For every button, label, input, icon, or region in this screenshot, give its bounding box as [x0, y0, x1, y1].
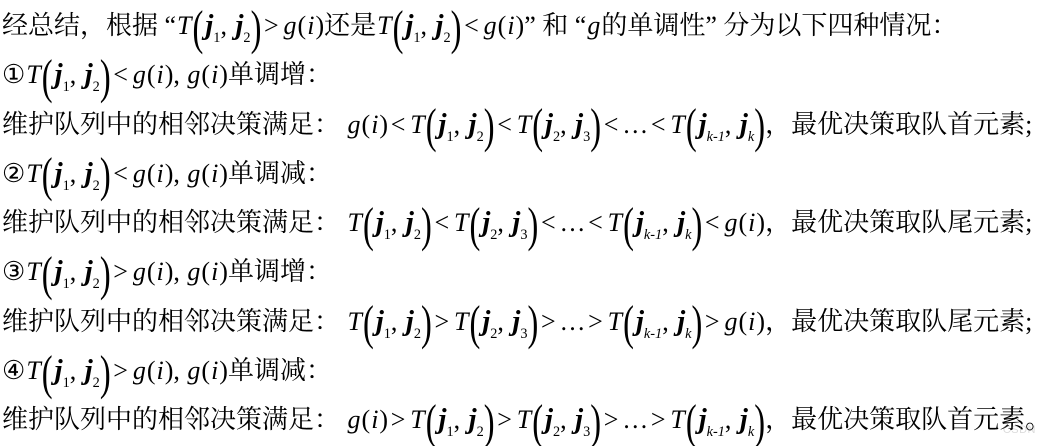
math-italic: T	[607, 208, 623, 237]
math-bold-j: j	[83, 256, 93, 287]
text-run: ,	[70, 159, 83, 188]
math-italic: i	[210, 60, 219, 89]
paren: )	[692, 202, 703, 251]
subscript: 2	[414, 326, 421, 342]
math-italic: T	[669, 405, 685, 434]
operator: <	[495, 110, 516, 139]
math-bold-j: j	[83, 355, 93, 386]
text-run: (	[201, 257, 210, 286]
case-1-heading: ①T(j1, j2)<g(i), g(i)单调增：	[2, 50, 1040, 99]
math-bold-j: j	[203, 10, 213, 41]
subscript: 1	[384, 326, 391, 342]
text-run: ，最优决策取队首元素;	[765, 110, 1032, 139]
math-italic: T	[25, 60, 41, 89]
text-run: ，最优决策取队尾元素;	[765, 307, 1032, 336]
math-italic: i	[747, 307, 756, 336]
operator: <	[538, 208, 559, 237]
math-bold-j: j	[510, 207, 520, 238]
math-bold-j: j	[374, 306, 384, 337]
text-run: 维护队列中的相邻决策满足：	[2, 110, 347, 139]
math-italic: T	[516, 405, 532, 434]
case-2-heading: ②T(j1, j2)<g(i), g(i)单调减：	[2, 149, 1040, 198]
paren: (	[623, 300, 634, 349]
paren: )	[421, 202, 432, 251]
math-italic: g	[586, 11, 601, 40]
math-bold-j: j	[697, 109, 707, 140]
subscript: 1	[447, 424, 454, 440]
paren: (	[363, 300, 374, 349]
math-bold-j: j	[543, 404, 553, 435]
subscript: 2	[93, 375, 100, 391]
text-run: )	[219, 60, 228, 89]
text-run: ,	[662, 208, 675, 237]
math-bold-j: j	[404, 207, 414, 238]
text-run: )	[379, 110, 388, 139]
subscript: 2	[93, 178, 100, 194]
text-run: ，最优决策取队首元素。	[765, 405, 1040, 434]
math-bold-j: j	[404, 306, 414, 337]
text-run: )	[219, 356, 228, 385]
math-italic: T	[376, 11, 392, 40]
math-italic: T	[453, 307, 469, 336]
case-1-queue-condition: 维护队列中的相邻决策满足： g(i)<T(j1, j2)<T(j2, j3)<……	[2, 100, 1040, 149]
text-run: )	[756, 307, 765, 336]
subscript: 3	[520, 227, 527, 243]
paren: )	[528, 300, 539, 349]
text-run: )	[756, 208, 765, 237]
operator: <	[111, 60, 132, 89]
text-run: 还是	[324, 11, 376, 40]
math-italic: g	[347, 405, 362, 434]
text-run: 单调减：	[228, 159, 332, 188]
paren: (	[469, 300, 480, 349]
paren: (	[193, 4, 204, 53]
math-bold-j: j	[83, 59, 93, 90]
math-italic: g	[347, 110, 362, 139]
text-run: (	[201, 356, 210, 385]
document-page: 经总结，根据 “T(j1, j2)>g(i)还是T(j1, j2)<g(i)” …	[0, 0, 1040, 446]
text-run: (	[201, 159, 210, 188]
text-run: 经总结，根据 “	[2, 11, 176, 40]
text-run: ,	[173, 356, 186, 385]
operator: >	[432, 307, 453, 336]
math-italic: g	[132, 159, 147, 188]
operator: <	[111, 159, 132, 188]
paren: )	[421, 300, 432, 349]
math-bold-j: j	[467, 109, 477, 140]
text-run: ,	[220, 11, 233, 40]
subscript: k-1	[707, 128, 725, 144]
subscript: k-1	[644, 326, 662, 342]
text-run: (	[738, 307, 747, 336]
subscript: 2	[93, 276, 100, 292]
math-bold-j: j	[543, 109, 553, 140]
subscript: 1	[63, 79, 70, 95]
subscript: 2	[477, 424, 484, 440]
case-3-queue-condition: 维护队列中的相邻决策满足： T(j1, j2)>T(j2, j3)>…>T(jk…	[2, 297, 1040, 346]
paren: (	[42, 251, 53, 300]
text-run: …	[622, 405, 648, 434]
math-bold-j: j	[573, 109, 583, 140]
paren: )	[451, 4, 462, 53]
subscript: 1	[63, 276, 70, 292]
math-bold-j: j	[573, 404, 583, 435]
paren: )	[100, 54, 111, 103]
math-bold-j: j	[233, 10, 243, 41]
text-run: ,	[725, 110, 738, 139]
subscript: k-1	[707, 424, 725, 440]
watermark: CSDN	[1003, 424, 1036, 436]
text-run: (	[298, 11, 307, 40]
math-bold-j: j	[53, 355, 63, 386]
text-run: ，最优决策取队尾元素;	[765, 208, 1032, 237]
math-italic: i	[155, 60, 164, 89]
math-italic: i	[506, 11, 515, 40]
subscript: 2	[243, 30, 250, 46]
operator: <	[586, 208, 607, 237]
math-italic: T	[25, 257, 41, 286]
text-run: (	[362, 405, 371, 434]
math-bold-j: j	[83, 158, 93, 189]
math-bold-j: j	[437, 109, 447, 140]
paren: )	[100, 152, 111, 201]
operator: >	[702, 307, 723, 336]
paren: (	[532, 399, 543, 446]
math-italic: T	[347, 307, 363, 336]
math-italic: g	[132, 60, 147, 89]
math-bold-j: j	[634, 207, 644, 238]
operator: <	[432, 208, 453, 237]
operator: >	[261, 11, 282, 40]
case-3-heading: ③T(j1, j2)>g(i), g(i)单调增：	[2, 247, 1040, 296]
math-italic: i	[155, 159, 164, 188]
intro-line: 经总结，根据 “T(j1, j2)>g(i)还是T(j1, j2)<g(i)” …	[2, 1, 1040, 50]
case-2-queue-condition: 维护队列中的相邻决策满足： T(j1, j2)<T(j2, j3)<…<T(jk…	[2, 198, 1040, 247]
math-bold-j: j	[53, 59, 63, 90]
math-bold-j: j	[634, 306, 644, 337]
math-bold-j: j	[738, 404, 748, 435]
text-run: ③	[2, 257, 25, 286]
operator: <	[702, 208, 723, 237]
subscript: 2	[444, 30, 451, 46]
math-italic: i	[155, 257, 164, 286]
paren: (	[426, 103, 437, 152]
paren: (	[686, 399, 697, 446]
subscript: 1	[413, 30, 420, 46]
text-run: )	[219, 159, 228, 188]
text-run: ④	[2, 356, 25, 385]
paren: )	[528, 202, 539, 251]
paren: (	[42, 54, 53, 103]
text-run: ,	[560, 405, 573, 434]
text-run: ,	[454, 405, 467, 434]
math-italic: g	[723, 208, 738, 237]
text-run: ,	[391, 307, 404, 336]
text-run: ,	[497, 307, 510, 336]
text-run: 的单调性” 分为以下四种情况：	[601, 11, 957, 40]
paren: (	[42, 152, 53, 201]
paren: )	[590, 103, 601, 152]
paren: )	[251, 4, 262, 53]
math-italic: i	[747, 208, 756, 237]
math-italic: i	[210, 159, 219, 188]
text-run: 维护队列中的相邻决策满足：	[2, 208, 347, 237]
paren: )	[100, 350, 111, 399]
math-bold-j: j	[434, 10, 444, 41]
text-run: ,	[173, 159, 186, 188]
paren: (	[623, 202, 634, 251]
text-run: ,	[70, 356, 83, 385]
text-run: ,	[421, 11, 434, 40]
math-italic: g	[186, 356, 201, 385]
math-bold-j: j	[437, 404, 447, 435]
math-bold-j: j	[53, 256, 63, 287]
text-run: (	[498, 11, 507, 40]
case-4-heading: ④T(j1, j2)>g(i), g(i)单调减：	[2, 346, 1040, 395]
case-4-queue-condition: 维护队列中的相邻决策满足： g(i)>T(j1, j2)>T(j2, j3)>……	[2, 395, 1040, 444]
math-italic: T	[669, 110, 685, 139]
math-bold-j: j	[675, 306, 685, 337]
math-italic: g	[723, 307, 738, 336]
text-run: 单调增：	[228, 60, 332, 89]
subscript: 2	[93, 79, 100, 95]
operator: >	[388, 405, 409, 434]
paren: )	[590, 399, 601, 446]
math-bold-j: j	[738, 109, 748, 140]
math-italic: T	[453, 208, 469, 237]
text-run: )	[315, 11, 324, 40]
math-bold-j: j	[53, 158, 63, 189]
text-run: 维护队列中的相邻决策满足：	[2, 307, 347, 336]
math-italic: T	[516, 110, 532, 139]
text-run: (	[201, 60, 210, 89]
math-italic: g	[283, 11, 298, 40]
subscript: k-1	[644, 227, 662, 243]
paren: (	[532, 103, 543, 152]
text-run: ,	[173, 60, 186, 89]
subscript: 2	[477, 128, 484, 144]
math-italic: g	[186, 257, 201, 286]
operator: >	[601, 405, 622, 434]
text-run: )	[379, 405, 388, 434]
paren: (	[686, 103, 697, 152]
text-run: ,	[70, 257, 83, 286]
subscript: 3	[583, 128, 590, 144]
paren: )	[484, 103, 495, 152]
text-run: ,	[70, 60, 83, 89]
math-bold-j: j	[697, 404, 707, 435]
paren: (	[426, 399, 437, 446]
text-run: ,	[454, 110, 467, 139]
text-run: ,	[560, 110, 573, 139]
math-italic: T	[25, 356, 41, 385]
text-run: ,	[391, 208, 404, 237]
text-run: ②	[2, 159, 25, 188]
math-italic: T	[409, 405, 425, 434]
math-bold-j: j	[510, 306, 520, 337]
math-italic: g	[132, 356, 147, 385]
subscript: 1	[63, 178, 70, 194]
document-body: 经总结，根据 “T(j1, j2)>g(i)还是T(j1, j2)<g(i)” …	[0, 0, 1040, 445]
operator: >	[495, 405, 516, 434]
text-run: )	[516, 11, 525, 40]
math-italic: i	[210, 257, 219, 286]
paren: (	[393, 4, 404, 53]
text-run: 单调减：	[228, 356, 332, 385]
text-run: )	[219, 257, 228, 286]
text-run: ,	[725, 405, 738, 434]
operator: <	[388, 110, 409, 139]
operator: >	[648, 405, 669, 434]
paren: )	[692, 300, 703, 349]
paren: )	[754, 399, 765, 446]
text-run: ” 和 “	[524, 11, 586, 40]
math-italic: g	[483, 11, 498, 40]
text-run: ①	[2, 60, 25, 89]
math-italic: g	[132, 257, 147, 286]
text-run: …	[560, 208, 586, 237]
operator: >	[538, 307, 559, 336]
paren: )	[754, 103, 765, 152]
math-italic: i	[210, 356, 219, 385]
math-bold-j: j	[403, 10, 413, 41]
operator: <	[648, 110, 669, 139]
operator: >	[586, 307, 607, 336]
subscript: 1	[447, 128, 454, 144]
paren: )	[100, 251, 111, 300]
paren: (	[42, 350, 53, 399]
math-bold-j: j	[467, 404, 477, 435]
text-run: …	[622, 110, 648, 139]
text-run: ,	[662, 307, 675, 336]
operator: >	[111, 356, 132, 385]
operator: <	[461, 11, 482, 40]
operator: <	[601, 110, 622, 139]
operator: >	[111, 257, 132, 286]
math-bold-j: j	[374, 207, 384, 238]
text-run: ,	[497, 208, 510, 237]
math-bold-j: j	[480, 306, 490, 337]
text-run: 单调增：	[228, 257, 332, 286]
text-run: 维护队列中的相邻决策满足：	[2, 405, 347, 434]
math-italic: T	[607, 307, 623, 336]
subscript: 3	[520, 326, 527, 342]
math-italic: T	[409, 110, 425, 139]
text-run: ,	[173, 257, 186, 286]
math-italic: g	[186, 60, 201, 89]
paren: (	[363, 202, 374, 251]
math-italic: T	[176, 11, 192, 40]
math-italic: g	[186, 159, 201, 188]
text-run: (	[738, 208, 747, 237]
subscript: 1	[384, 227, 391, 243]
text-run: …	[560, 307, 586, 336]
subscript: 3	[583, 424, 590, 440]
math-bold-j: j	[675, 207, 685, 238]
text-run: (	[362, 110, 371, 139]
math-bold-j: j	[480, 207, 490, 238]
paren: (	[469, 202, 480, 251]
math-italic: i	[155, 356, 164, 385]
subscript: 2	[414, 227, 421, 243]
math-italic: T	[347, 208, 363, 237]
math-italic: T	[25, 159, 41, 188]
paren: )	[484, 399, 495, 446]
subscript: 1	[63, 375, 70, 391]
